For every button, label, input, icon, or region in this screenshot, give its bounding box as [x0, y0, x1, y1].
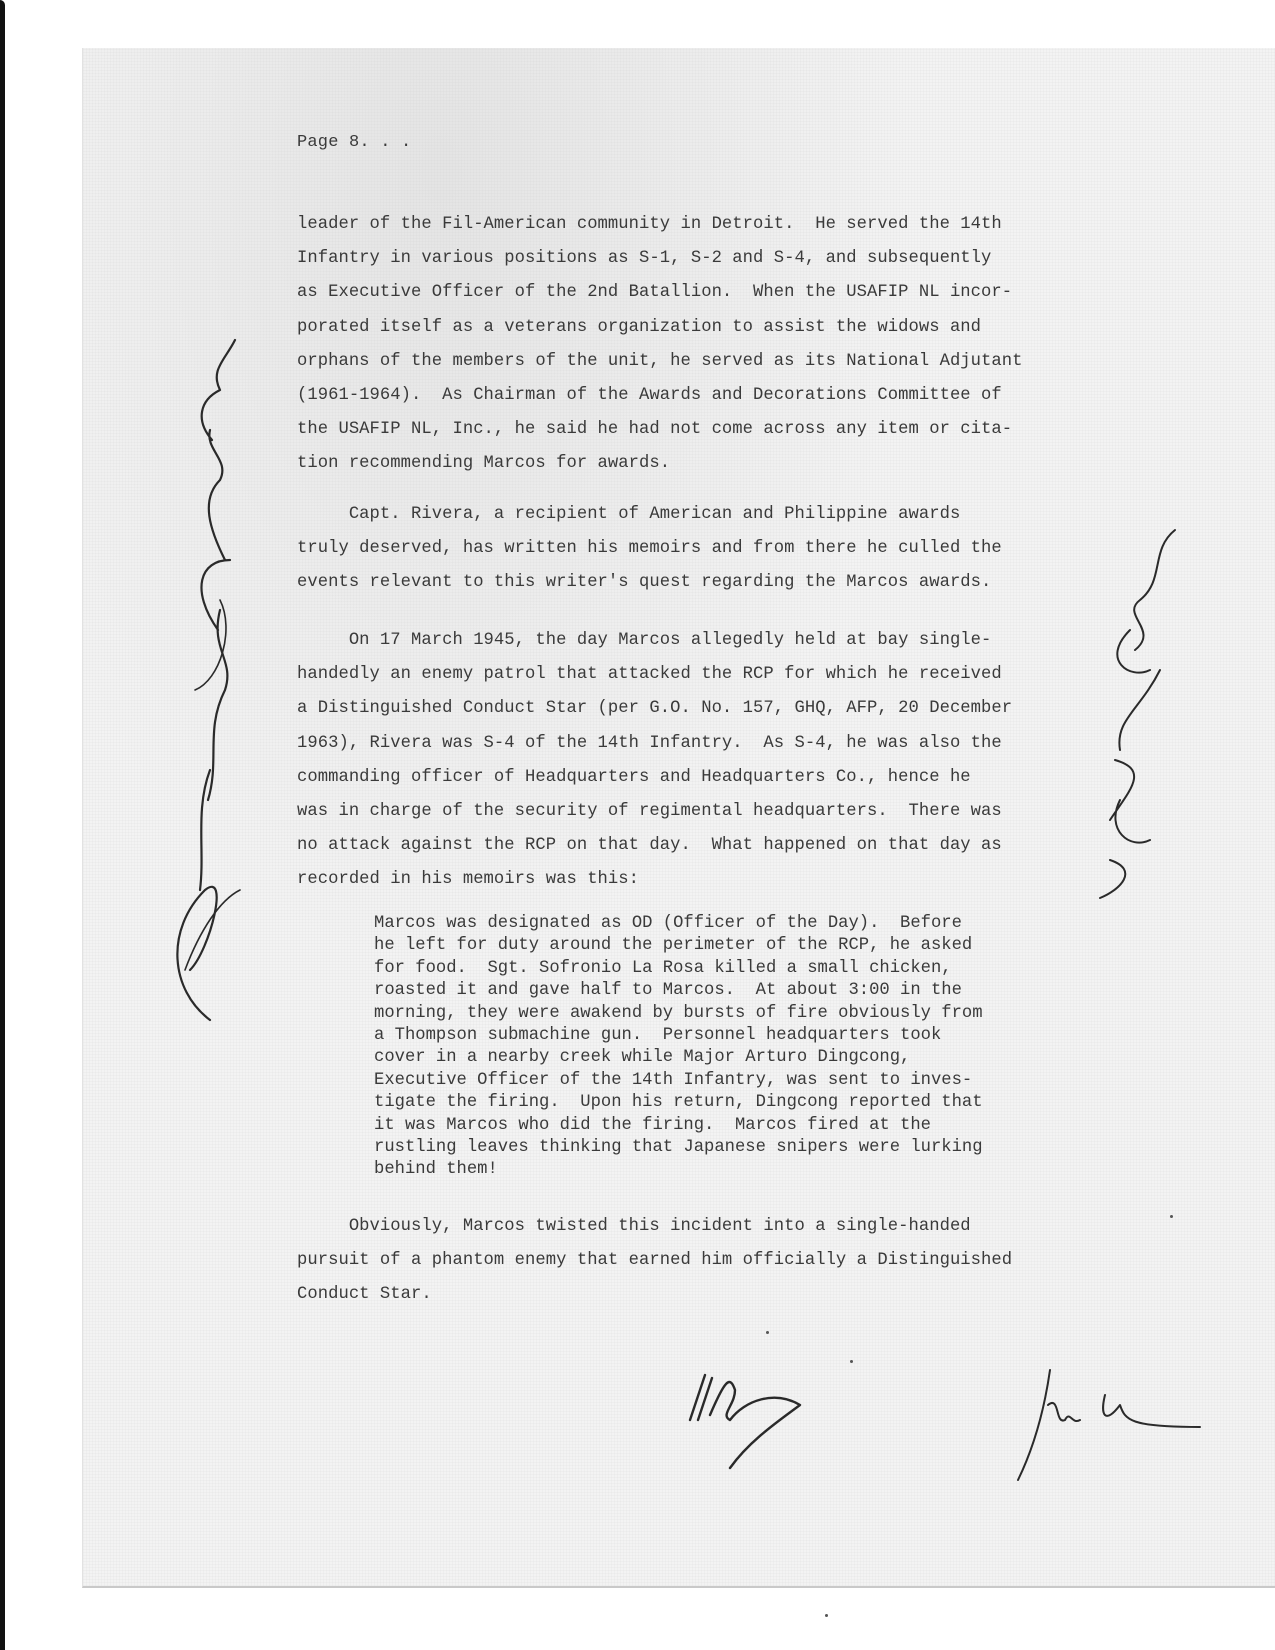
speck: [766, 1331, 769, 1334]
speck: [1170, 1215, 1173, 1218]
text-line: roasted it and gave half to Marcos. At a…: [374, 980, 1074, 1002]
text-line: behind them!: [374, 1159, 1074, 1181]
text-line: he left for duty around the perimeter of…: [374, 935, 1074, 957]
text-line: recorded in his memoirs was this:: [297, 863, 1087, 897]
paragraph-2: Capt. Rivera, a recipient of American an…: [297, 498, 1087, 601]
text-line: Conduct Star.: [297, 1278, 1087, 1312]
block-quote: Marcos was designated as OD (Officer of …: [374, 913, 1074, 1182]
left-margin-signature: [150, 330, 260, 1035]
text-line: orphans of the members of the unit, he s…: [297, 345, 1087, 379]
text-line: the USAFIP NL, Inc., he said he had not …: [297, 413, 1087, 447]
text-line: (1961-1964). As Chairman of the Awards a…: [297, 379, 1087, 413]
text-line: truly deserved, has written his memoirs …: [297, 532, 1087, 566]
text-line: events relevant to this writer's quest r…: [297, 566, 1087, 600]
text-line: a Distinguished Conduct Star (per G.O. N…: [297, 692, 1087, 726]
text-line: as Executive Officer of the 2nd Batallio…: [297, 276, 1087, 310]
text-line: porated itself as a veterans organizatio…: [297, 311, 1087, 345]
text-line: Executive Officer of the 14th Infantry, …: [374, 1070, 1074, 1092]
bottom-initials-signature: [680, 1360, 820, 1475]
text-line: On 17 March 1945, the day Marcos alleged…: [297, 624, 1087, 658]
text-line: it was Marcos who did the firing. Marcos…: [374, 1115, 1074, 1137]
text-line: cover in a nearby creek while Major Artu…: [374, 1047, 1074, 1069]
text-line: Infantry in various positions as S-1, S-…: [297, 242, 1087, 276]
text-line: leader of the Fil-American community in …: [297, 208, 1087, 242]
text-line: tion recommending Marcos for awards.: [297, 447, 1087, 481]
text-line: tigate the firing. Upon his return, Ding…: [374, 1092, 1074, 1114]
text-line: was in charge of the security of regimen…: [297, 795, 1087, 829]
text-line: pursuit of a phantom enemy that earned h…: [297, 1244, 1087, 1278]
text-line: Obviously, Marcos twisted this incident …: [297, 1210, 1087, 1244]
right-margin-signature: [1090, 520, 1190, 905]
text-line: commanding officer of Headquarters and H…: [297, 761, 1087, 795]
closing-paragraph: Obviously, Marcos twisted this incident …: [297, 1210, 1087, 1313]
text-line: morning, they were awakend by bursts of …: [374, 1003, 1074, 1025]
speck: [825, 1614, 828, 1617]
text-line: handedly an enemy patrol that attacked t…: [297, 658, 1087, 692]
text-line: for food. Sgt. Sofronio La Rosa killed a…: [374, 958, 1074, 980]
bottom-right-signature: [1010, 1365, 1210, 1490]
text-line: no attack against the RCP on that day. W…: [297, 829, 1087, 863]
text-line: Capt. Rivera, a recipient of American an…: [297, 498, 1087, 532]
scan-edge: [0, 0, 5, 1650]
text-line: 1963), Rivera was S-4 of the 14th Infant…: [297, 727, 1087, 761]
paragraph-3: On 17 March 1945, the day Marcos alleged…: [297, 624, 1087, 898]
text-line: a Thompson submachine gun. Personnel hea…: [374, 1025, 1074, 1047]
speck: [850, 1360, 853, 1363]
paragraph-1: leader of the Fil-American community in …: [297, 208, 1087, 482]
text-line: Marcos was designated as OD (Officer of …: [374, 913, 1074, 935]
page-header: Page 8. . .: [297, 133, 411, 152]
text-line: rustling leaves thinking that Japanese s…: [374, 1137, 1074, 1159]
